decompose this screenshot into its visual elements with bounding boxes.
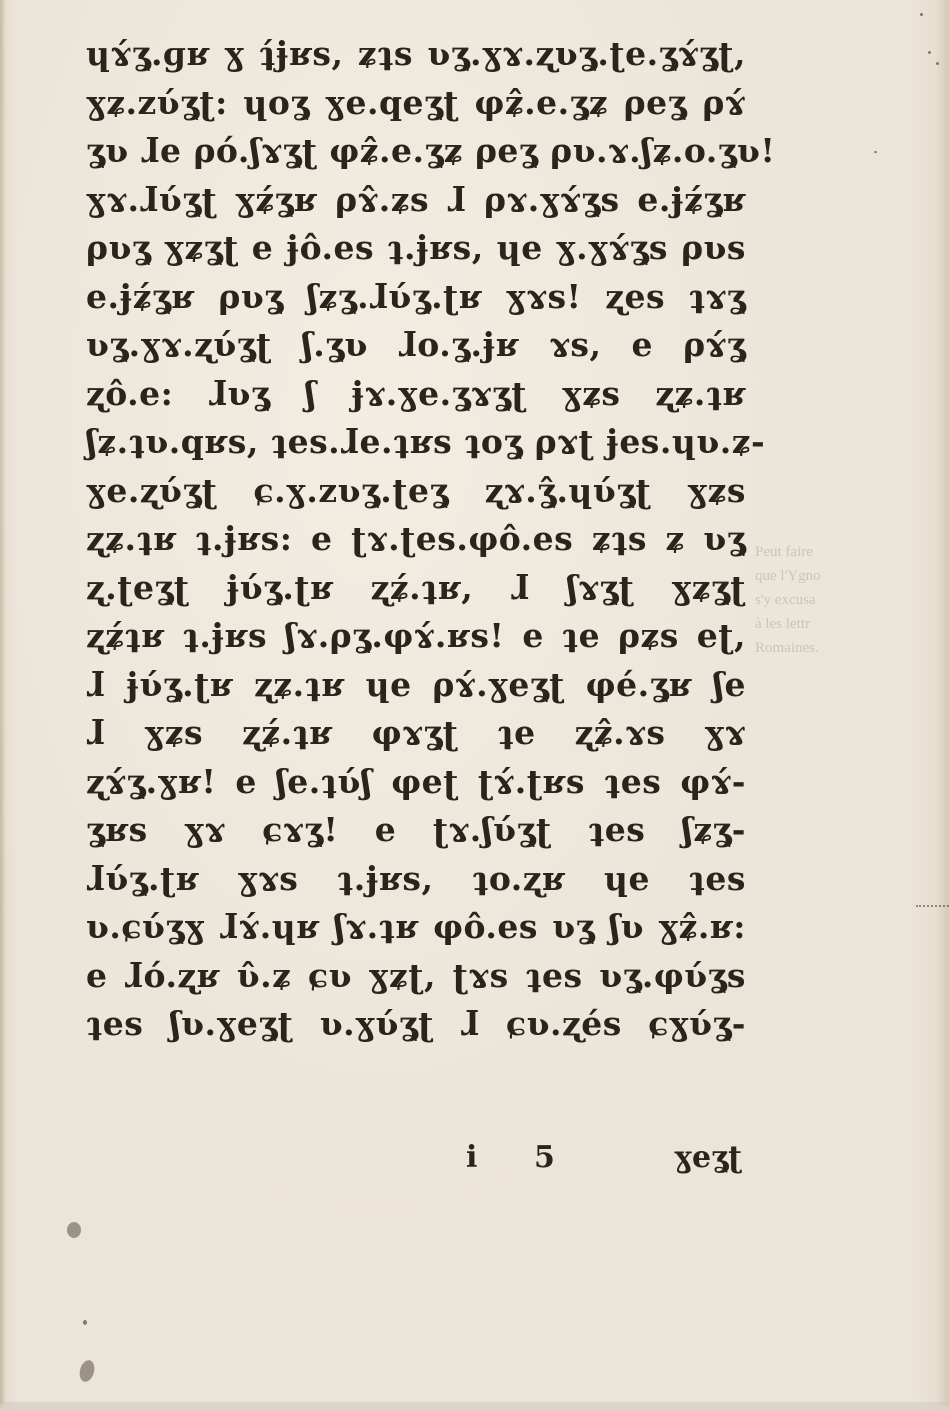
- text-line-16: ʐɤ́ʓ.ɣʁ! e ʃe.ʇʋ́ʃ φeʈ ʈɤ́.ʈʁs ʇes φɤ́-: [86, 758, 746, 807]
- paper-speck: [936, 62, 939, 65]
- catchword: ɣeʓʈ: [674, 1140, 742, 1175]
- show-through-margin-note: Peut faire que l'Ygno s'y excusa à les l…: [755, 540, 915, 660]
- page-bottom-edge: [0, 1402, 949, 1410]
- text-line-5: ρʋʓ ɣʑʓʈ e ɉô.es ʇ.ɉʁs, ɥe ɣ.ɣɤ́ʓs ρʋs: [86, 224, 746, 273]
- show-through-line-2: que l'Ygno: [755, 564, 915, 588]
- text-line-9: ʃʑ.ʇʋ.qʁs, ʇes.ɺe.ʇʁs ʇoʓ ρɤʈ ɉes.ɥʋ.ʑ-: [86, 418, 746, 467]
- ink-blot: [67, 1222, 81, 1238]
- text-line-21: ʇes ʃʋ.ɣeʓʈ ʋ.ɣʋ́ʓʈ ɺ ɕʋ.ʐés ɕɣʋ́ʓ-: [86, 1000, 746, 1049]
- book-page: ɥɤ́ʓ.ɡʁ ɣ ʇ́ɉʁs, ʑʇs ʋʓ.ɣɤ.ʐʋʓ.ʈe.ʓɤ́ʓʈ,…: [0, 0, 949, 1410]
- show-through-line-1: Peut faire: [755, 540, 915, 564]
- text-line-11: ʐʑ.ʇʁ ʇ.ɉʁs: e ʈɤ.ʈes.φô.es ʑʇs ʑ ʋʓ: [86, 515, 746, 564]
- signature-mark-letter: i: [466, 1140, 477, 1175]
- text-line-14: ɺ ɉʋ́ʓ.ʈʁ ʐʑ.ʇʁ ɥe ρɤ́.ɣeʓʈ φé.ʓʁ ʃe: [86, 661, 746, 710]
- paper-speck: [920, 13, 923, 16]
- signature-mark-number: 5: [534, 1140, 555, 1175]
- paper-speck: [874, 151, 877, 153]
- text-line-6: e.ɉʑ́ʓʁ ρʋʓ ʃʑʓ.ɺʋ́ʓ.ʈʁ ɣɤs! ʐes ʇɤʓ: [86, 273, 746, 322]
- text-line-1: ɥɤ́ʓ.ɡʁ ɣ ʇ́ɉʁs, ʑʇs ʋʓ.ɣɤ.ʐʋʓ.ʈe.ʓɤ́ʓʈ,: [86, 30, 746, 79]
- ink-blot: [77, 1359, 96, 1384]
- show-through-line-5: Romaines.: [755, 636, 915, 660]
- paper-speck: [83, 1320, 87, 1325]
- body-text: ɥɤ́ʓ.ɡʁ ɣ ʇ́ɉʁs, ʑʇs ʋʓ.ɣɤ.ʐʋʓ.ʈe.ʓɤ́ʓʈ,…: [86, 30, 746, 1049]
- text-line-13: ʐʑ́ʇʁ ʇ.ɉʁs ʃɤ.ρʓ.φɤ́.ʁs! e ʇe ρʑs eʈ,: [86, 612, 746, 661]
- signature-catchword-line: i 5 ɣeʓʈ: [466, 1140, 742, 1180]
- text-line-3: ʓʋ ɺe ρó.ʃɤʓʈ φʑ̂.e.ʓʑ ρeʓ ρʋ.ɤ.ʃʑ.o.ʓʋ!: [86, 127, 746, 176]
- text-line-18: ɺʋ́ʓ.ʈʁ ɣɤs ʇ.ɉʁs, ʇo.ʐʁ ɥe ʇes: [86, 855, 746, 904]
- show-through-line-4: à les lettr: [755, 612, 915, 636]
- show-through-line-3: s'y excusa: [755, 588, 915, 612]
- text-line-10: ɣe.ʐʋ́ʓʈ ɕ.ɣ.zʋʓ.ʈeʓ ʐɤ.ʓ̂.ɥʋ́ʓʈ ɣʑs: [86, 467, 746, 516]
- paper-speck: [928, 51, 931, 54]
- text-line-7: ʋʓ.ɣɤ.ʐʋ́ʓʈ ʃ.ʓʋ ɺo.ʓ.ɉʁ ɤs, e ρɤ́ʓ: [86, 321, 746, 370]
- text-line-12: ʐ.ʈeʓʈ ɉʋ́ʓ.ʈʁ ʐʑ́.ʇʁ, ɺ ʃɤʓʈ ɣʑʓʈ: [86, 564, 746, 613]
- text-line-4: ɣɤ.ɺʋ́ʓʈ ɣʑ́ʓʁ ρɤ̂.ʑs ɺ ρɤ.ɣɤ́ʓs e.ɉʑ́ʓʁ: [86, 176, 746, 225]
- text-line-8: ʐô.e: ɺʋʓ ʃ ɉɤ.ɣe.ʓɤʓʈ ɣʑs ʐʑ.ʇʁ: [86, 370, 746, 419]
- text-line-19: ʋ.ɕʋ́ʓɣ ɺɤ́.ɥʁ ʃɤ.ʇʁ φô.es ʋʓ ʃʋ ɣʑ̂.ʁ:: [86, 903, 746, 952]
- margin-mark: [916, 905, 949, 907]
- text-line-15: ɺ ɣʑs ʐʑ́.ʇʁ φɤʓʈ ʇe ʐʑ̂.ɤs ɣɤ: [86, 709, 746, 758]
- text-line-20: e ɺó.ʐʁ ʋ̂.ʑ ɕʋ ɣʑʈ, ʈɤs ʇes ʋʓ.φʋ́ʓs: [86, 952, 746, 1001]
- text-line-2: ɣʑ.zʋ́ʓʈ: ɥoʓ ɣe.qeʓʈ φʑ̂.e.ʓʑ ρeʓ ρɤ́: [86, 79, 746, 128]
- text-line-17: ʓʁs ɣɤ ɕɤʓ! e ʈɤ.ʃʋ́ʓʈ ʇes ʃʑʓ-: [86, 806, 746, 855]
